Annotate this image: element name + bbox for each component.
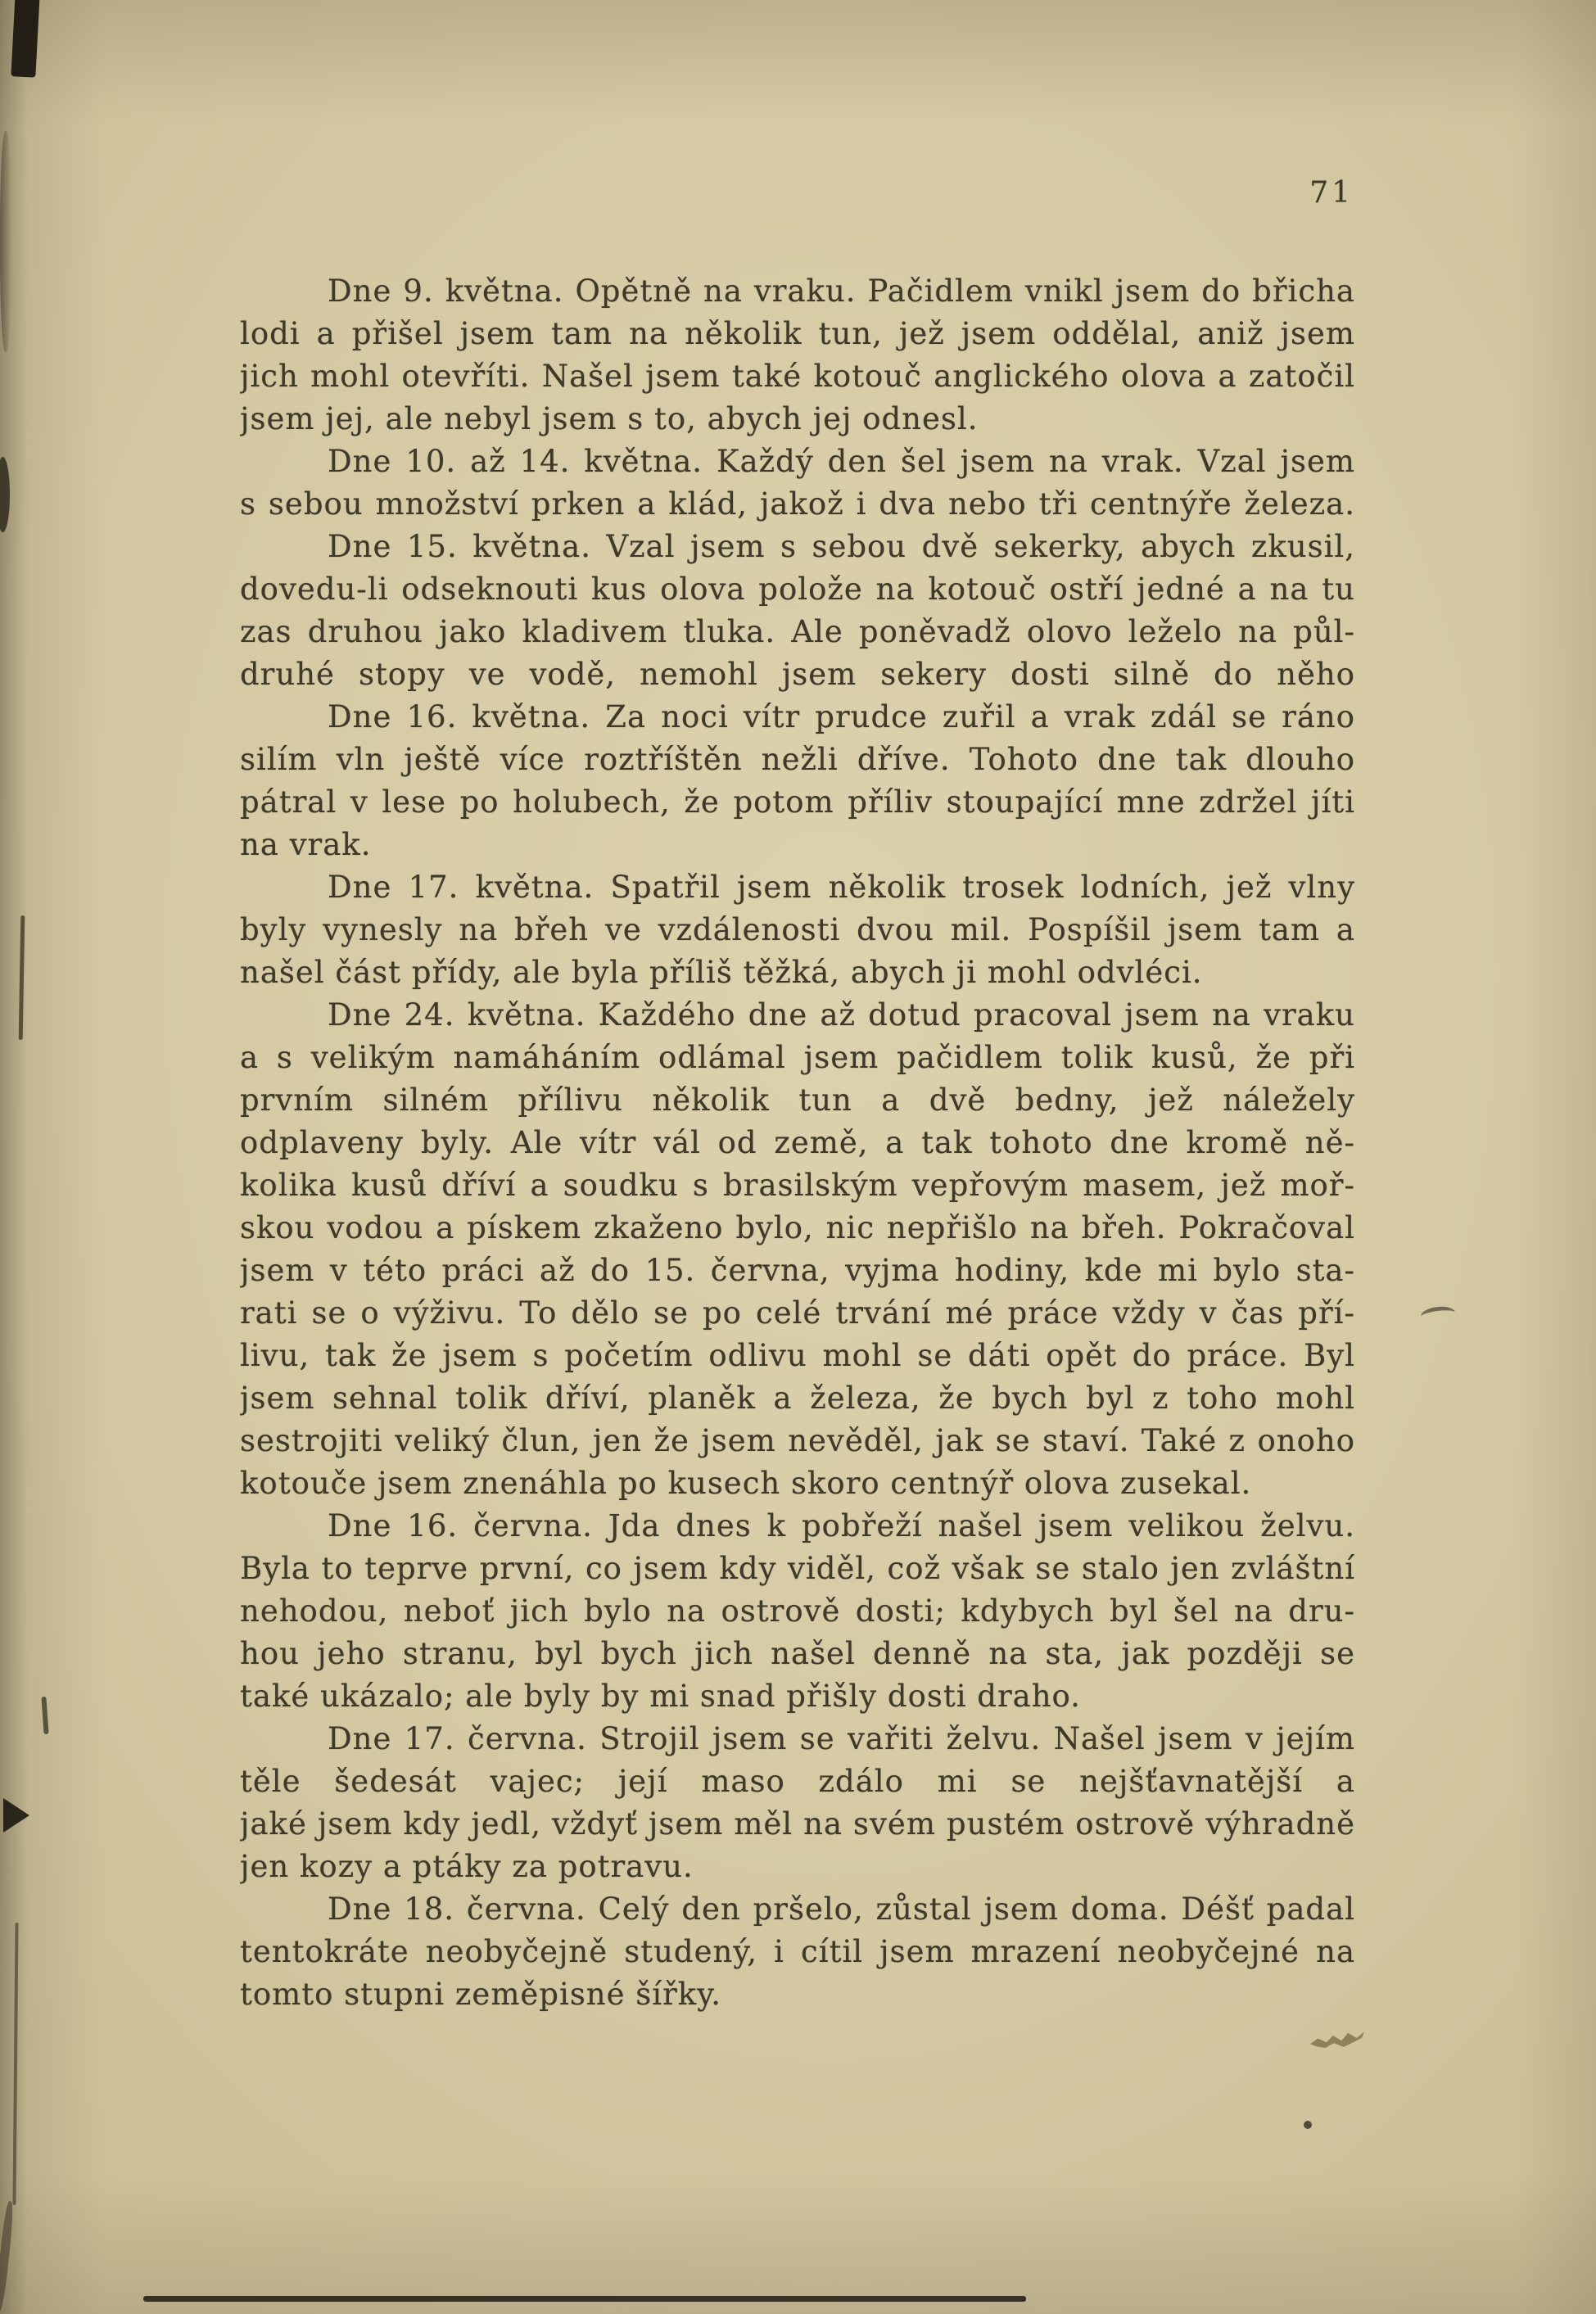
- text-line: Dne 16. června. Jda dnes k pobřeží našel…: [240, 1505, 1355, 1548]
- text-line: rati se o výživu. To dělo se po celé trv…: [240, 1292, 1355, 1335]
- text-line: livu, tak že jsem s početím odlivu mohl …: [240, 1335, 1355, 1377]
- text-line: pátral v lese po holubech, že potom příl…: [240, 781, 1355, 824]
- text-line: tentokráte neobyčejně studený, i cítil j…: [240, 1931, 1355, 1973]
- scan-edge-line-mid: [19, 915, 25, 1040]
- text-line: jen kozy a ptáky za potravu.: [240, 1846, 1355, 1888]
- text-line: lodi a přišel jsem tam na několik tun, j…: [240, 313, 1355, 355]
- text-line: a s velikým namáháním odlámal jsem pačid…: [240, 1037, 1355, 1079]
- page-number: 71: [1309, 176, 1354, 210]
- scan-edge-smudge-bottom: [0, 2201, 15, 2312]
- text-line: Dne 10. až 14. května. Každý den šel jse…: [240, 441, 1355, 483]
- text-line: jsem sehnal tolik dříví, planěk a železa…: [240, 1377, 1355, 1420]
- scan-bottom-edge-line: [143, 2296, 1026, 2302]
- scan-edge-arrow-mark: [3, 1798, 29, 1833]
- text-line: jich mohl otevříti. Našel jsem také koto…: [240, 355, 1355, 398]
- ink-dot-mark: [1304, 2121, 1312, 2129]
- text-line: Dne 16. května. Za noci vítr prudce zuři…: [240, 696, 1355, 739]
- text-line: těle šedesát vajec; její maso zdálo mi s…: [240, 1760, 1355, 1803]
- text-line: jaké jsem kdy jedl, vždyť jsem měl na sv…: [240, 1803, 1355, 1846]
- text-line: Dne 15. května. Vzal jsem s sebou dvě se…: [240, 526, 1355, 568]
- text-line: také ukázalo; ale byly by mi snad přišly…: [240, 1675, 1355, 1718]
- scan-corner-bar: [11, 0, 39, 78]
- pen-tilde-mark: [1420, 1305, 1456, 1325]
- text-line: druhé stopy ve vodě, nemohl jsem sekery …: [240, 653, 1355, 696]
- margin-tick-mark: [41, 1697, 48, 1734]
- text-line: kolika kusů dříví a soudku s brasilským …: [240, 1164, 1355, 1207]
- scan-edge-smudge-top: [0, 131, 11, 352]
- text-line: nehodou, neboť jich bylo na ostrově dost…: [240, 1590, 1355, 1633]
- text-line: odplaveny byly. Ale vítr vál od země, a …: [240, 1122, 1355, 1164]
- text-line: Dne 18. června. Celý den pršelo, zůstal …: [240, 1888, 1355, 1931]
- text-line: Dne 24. května. Každého dne až dotud pra…: [240, 994, 1355, 1037]
- scan-edge-line-low: [12, 1923, 18, 2205]
- book-page: 71 Dne 9. května. Opětně na vraku. Pačid…: [0, 0, 1596, 2314]
- text-line: Dne 17. června. Strojil jsem se vařiti ž…: [240, 1718, 1355, 1760]
- text-line: jsem v této práci až do 15. června, vyjm…: [240, 1250, 1355, 1292]
- text-line: Byla to teprve první, co jsem kdy viděl,…: [240, 1548, 1355, 1590]
- scan-edge-blob: [0, 457, 10, 532]
- text-line: dovedu-li odseknouti kus olova polože na…: [240, 568, 1355, 611]
- text-line: zas druhou jako kladivem tluka. Ale poně…: [240, 611, 1355, 653]
- text-line: silím vln ještě více roztříštěn nežli dř…: [240, 739, 1355, 781]
- text-line: Dne 17. května. Spatřil jsem několik tro…: [240, 866, 1355, 909]
- text-line: našel část přídy, ale byla příliš těžká,…: [240, 951, 1355, 994]
- text-line: Dne 9. května. Opětně na vraku. Pačidlem…: [240, 270, 1355, 313]
- text-line: skou vodou a pískem zkaženo bylo, nic ne…: [240, 1207, 1355, 1250]
- text-block: Dne 9. května. Opětně na vraku. Pačidlem…: [240, 270, 1355, 2016]
- text-line: byly vynesly na břeh ve vzdálenosti dvou…: [240, 909, 1355, 951]
- text-line: na vrak.: [240, 824, 1355, 866]
- text-line: jsem jej, ale nebyl jsem s to, abych jej…: [240, 398, 1355, 441]
- text-line: tomto stupni zeměpisné šířky.: [240, 1973, 1355, 2016]
- text-line: sestrojiti veliký člun, jen že jsem nevě…: [240, 1420, 1355, 1462]
- text-line: s sebou množství prken a klád, jakož i d…: [240, 483, 1355, 526]
- text-line: prvním silném přílivu několik tun a dvě …: [240, 1079, 1355, 1122]
- text-line: kotouče jsem znenáhla po kusech skoro ce…: [240, 1462, 1355, 1505]
- text-line: hou jeho stranu, byl bych jich našel den…: [240, 1633, 1355, 1675]
- pen-squiggle-mark: [1310, 2027, 1364, 2049]
